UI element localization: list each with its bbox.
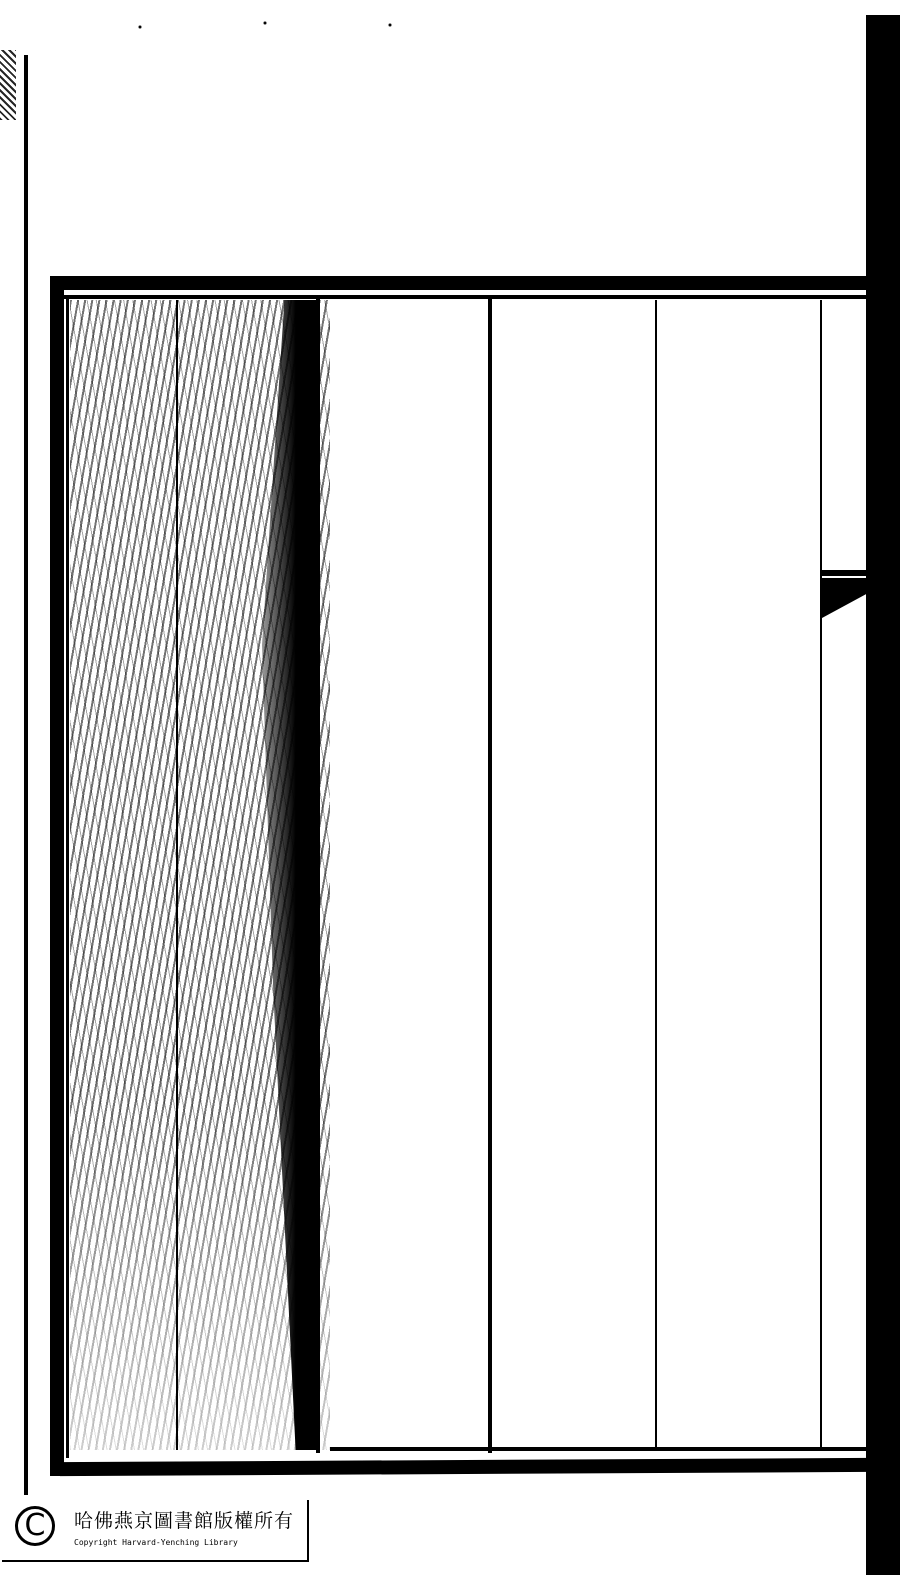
frame-inner-line-bottom (330, 1447, 870, 1451)
copyright-stamp: C 哈佛燕京圖書館版權所有 Copyright Harvard-Yenching… (2, 1500, 309, 1562)
column-rule (488, 298, 492, 1453)
page-left-edge (24, 55, 28, 1495)
copyright-icon: C (15, 1506, 55, 1546)
column-rule (316, 298, 320, 1453)
column-rule (655, 300, 657, 1450)
fold-margin-fishtail (822, 578, 870, 618)
frame-border-left (50, 276, 64, 1476)
copyright-english-text: Copyright Harvard-Yenching Library (74, 1538, 238, 1547)
paper-specks (40, 15, 540, 35)
scanned-page: C 哈佛燕京圖書館版權所有 Copyright Harvard-Yenching… (0, 0, 900, 1575)
column-rule (820, 300, 822, 1450)
page-right-edge-shadow (866, 15, 900, 1575)
column-rule (176, 300, 178, 1450)
frame-border-top (50, 276, 870, 290)
edge-print-marks (866, 1118, 882, 1168)
fold-margin-bar (822, 570, 870, 576)
frame-border-bottom (60, 1458, 870, 1476)
copyright-chinese-text: 哈佛燕京圖書館版權所有 (74, 1506, 294, 1533)
frame-inner-line-left (66, 298, 69, 1458)
edge-damage (0, 50, 16, 120)
frame-inner-line-top (62, 295, 870, 299)
